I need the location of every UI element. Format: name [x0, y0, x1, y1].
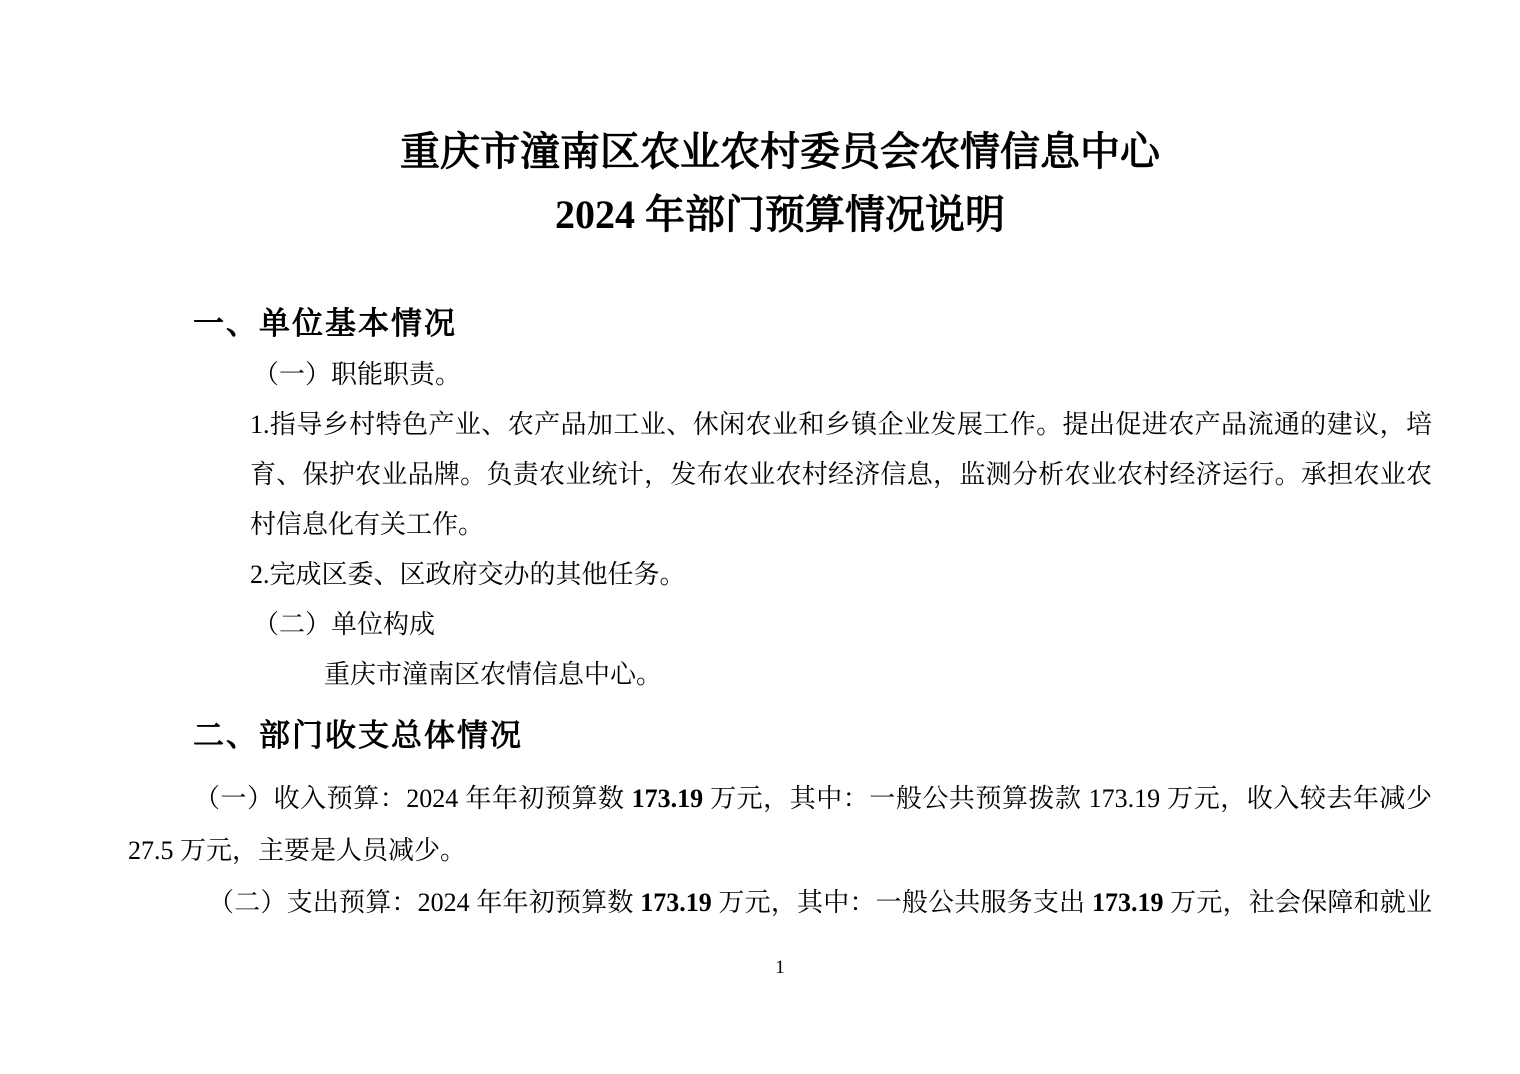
document-title-line-1: 重庆市潼南区农业农村委员会农情信息中心 — [128, 120, 1432, 183]
income-budget-line-2: 27.5 万元，主要是人员减少。 — [128, 825, 1432, 877]
income-budget-paragraph: （一）收入预算：2024 年年初预算数 173.19 万元，其中：一般公共预算拨… — [128, 773, 1432, 877]
income-text-tail: 万元，其中：一般公共预算拨款 173.19 万元，收入较去年减少 — [703, 784, 1432, 813]
document-title-line-2: 2024 年部门预算情况说明 — [128, 183, 1432, 246]
document-title: 重庆市潼南区农业农村委员会农情信息中心 2024 年部门预算情况说明 — [128, 120, 1432, 246]
page-number: 1 — [128, 956, 1432, 980]
expense-budget-paragraph: （二）支出预算：2024 年年初预算数 173.19 万元，其中：一般公共服务支… — [128, 877, 1432, 929]
expense-budget-amount-2: 173.19 — [1092, 888, 1164, 917]
section1-sub1-heading: （一）职能职责。 — [253, 350, 1432, 400]
organization-name: 重庆市潼南区农情信息中心。 — [324, 650, 1432, 700]
section1-heading: 一、单位基本情况 — [193, 304, 1432, 344]
section1-sub2-heading: （二）单位构成 — [253, 600, 1432, 650]
expense-text-mid: 万元，其中：一般公共服务支出 — [712, 888, 1092, 917]
document-content: 重庆市潼南区农业农村委员会农情信息中心 2024 年部门预算情况说明 一、单位基… — [0, 0, 1520, 980]
expense-budget-line-1: （二）支出预算：2024 年年初预算数 173.19 万元，其中：一般公共服务支… — [128, 877, 1432, 929]
duties-line-1: 1.指导乡村特色产业、农产品加工业、休闲农业和乡镇企业发展工作。提出促进农产品流… — [250, 400, 1432, 450]
expense-budget-amount-1: 173.19 — [640, 888, 712, 917]
duties-line-2: 育、保护农业品牌。负责农业统计，发布农业农村经济信息，监测分析农业农村经济运行。… — [250, 450, 1432, 500]
duties-line-3: 村信息化有关工作。 — [250, 500, 1432, 550]
income-budget-amount: 173.19 — [632, 784, 704, 813]
income-text-lead: （一）收入预算：2024 年年初预算数 — [194, 784, 632, 813]
section1-duties-paragraph: 1.指导乡村特色产业、农产品加工业、休闲农业和乡镇企业发展工作。提出促进农产品流… — [250, 400, 1432, 600]
expense-text-lead: （二）支出预算：2024 年年初预算数 — [208, 888, 640, 917]
income-budget-line-1: （一）收入预算：2024 年年初预算数 173.19 万元，其中：一般公共预算拨… — [128, 773, 1432, 825]
expense-text-tail: 万元，社会保障和就业 — [1163, 888, 1432, 917]
section2-heading: 二、部门收支总体情况 — [193, 716, 1432, 756]
document-page: 重庆市潼南区农业农村委员会农情信息中心 2024 年部门预算情况说明 一、单位基… — [0, 0, 1520, 1074]
duties-line-4: 2.完成区委、区政府交办的其他任务。 — [250, 550, 1432, 600]
